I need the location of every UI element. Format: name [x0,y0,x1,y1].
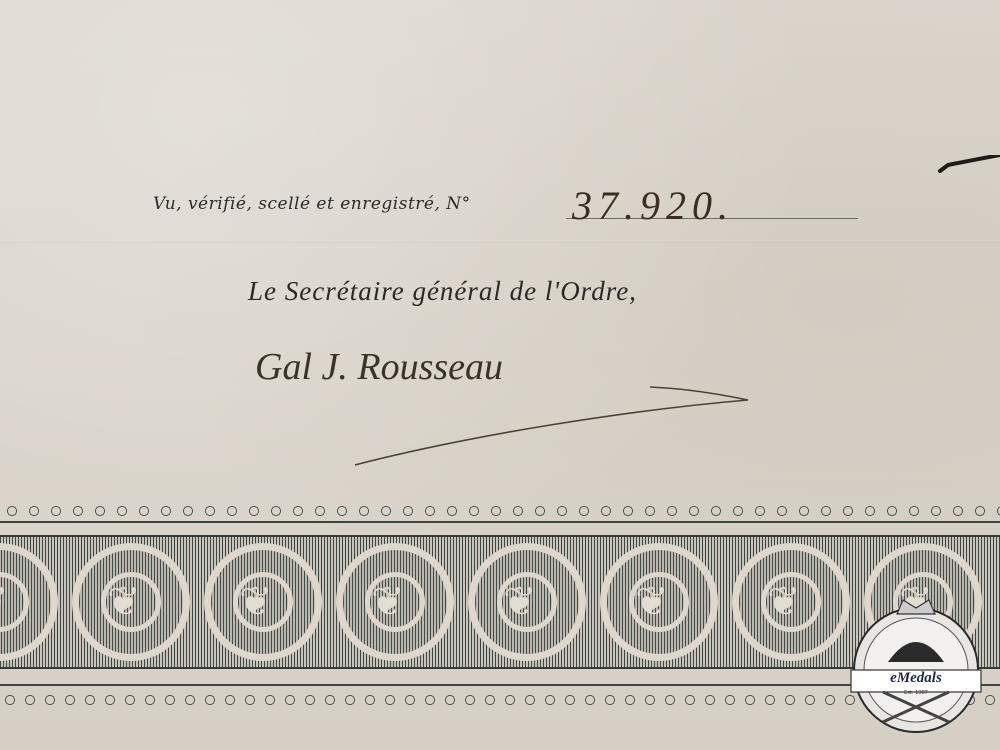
secretary-title: Le Secrétaire général de l'Ordre, [248,276,637,307]
acanthus-leaf-icon: ❦ [371,582,405,622]
watermark-est: Est. 1987 [843,690,989,696]
border-roundel: ❦ [0,543,58,661]
signature-flourish [250,340,770,480]
acanthus-leaf-icon: ❦ [239,582,273,622]
border-roundel: ❦ [468,543,586,661]
border-roundel: ❦ [600,543,718,661]
acanthus-leaf-icon: ❦ [503,582,537,622]
laurel-badge-icon [843,592,989,738]
registration-text: Vu, vérifié, scellé et enregistré, N° [153,194,471,214]
paper-fold [0,240,1000,243]
border-roundel: ❦ [72,543,190,661]
watermark-brand: eMedals [843,670,989,687]
acanthus-leaf-icon: ❦ [107,582,141,622]
acanthus-leaf-icon: ❦ [635,582,669,622]
emedals-watermark-logo: eMedals Est. 1987 [843,592,989,738]
edge-ink-mark [938,155,1000,175]
border-top-scallop [0,497,1000,523]
acanthus-leaf-icon: ❦ [0,582,9,622]
acanthus-leaf-icon: ❦ [767,582,801,622]
border-roundel: ❦ [732,543,850,661]
border-roundel: ❦ [336,543,454,661]
registration-number: 37.920. [572,182,734,229]
border-roundel: ❦ [204,543,322,661]
